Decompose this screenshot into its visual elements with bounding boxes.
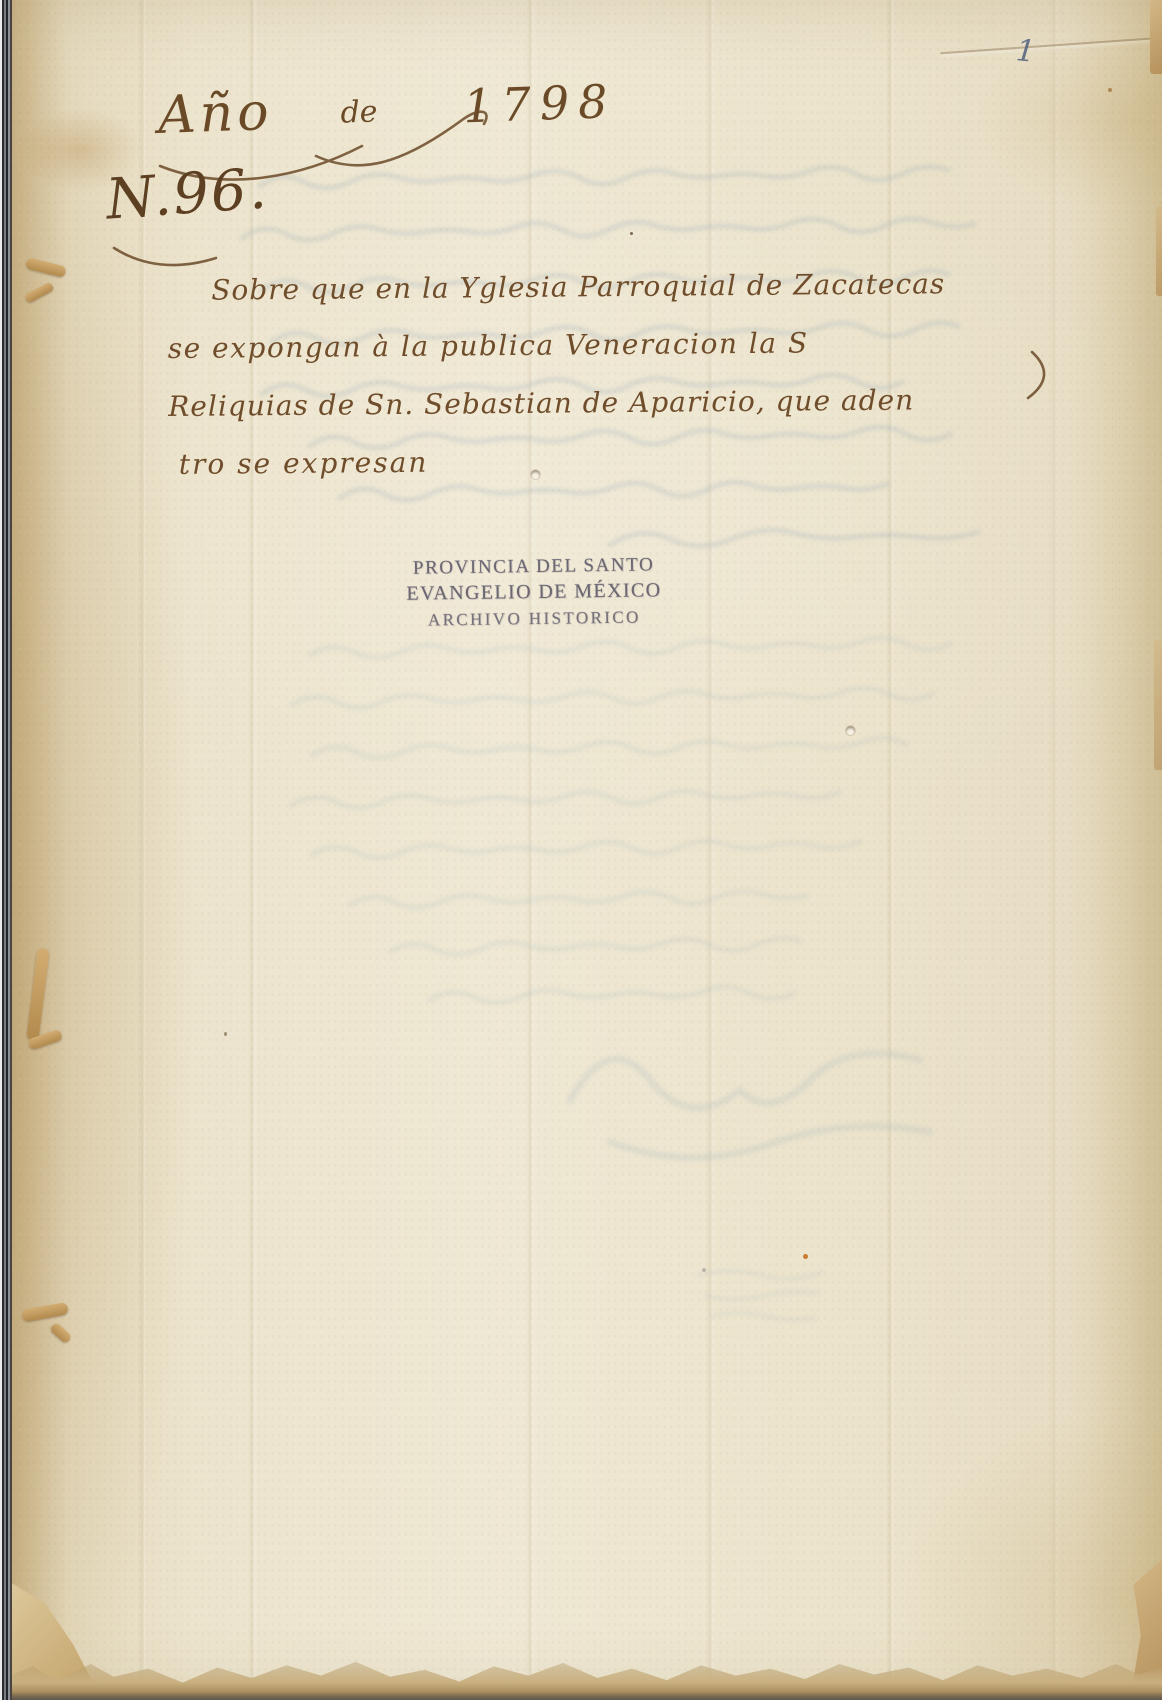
binding-thread (26, 948, 49, 1041)
binding-thread (24, 281, 55, 303)
title-line-4: tro se expresan (179, 428, 1089, 494)
paper-speck (803, 1254, 808, 1259)
title-line-1: Sobre que en la Yglesia Parroquial de Za… (211, 254, 1087, 320)
year-heading: Año de 1798 (157, 70, 617, 146)
binding-thread (21, 1302, 68, 1322)
vertical-crease (248, 0, 258, 1700)
vertical-crease (138, 0, 148, 1700)
stamp-line-3: ARCHIVO HISTORICO (404, 607, 664, 631)
paper-speck (1108, 88, 1112, 92)
year-word-ano: Año (157, 82, 273, 146)
stamp-line-1: PROVINCIA DEL SANTO (404, 554, 664, 580)
bottom-shadow (10, 1692, 1162, 1700)
edge-chip (1154, 640, 1162, 770)
year-value: 1798 (462, 74, 617, 133)
document-number: N.96. (104, 156, 270, 232)
vertical-crease (526, 0, 536, 1700)
paper-speck (224, 1032, 227, 1036)
paper-speck (630, 232, 633, 235)
pin-hole (846, 726, 855, 735)
year-word-de: de (340, 94, 378, 130)
binding-thread (25, 257, 66, 277)
stamp-line-2: EVANGELIO DE MÉXICO (404, 579, 664, 606)
binding-thread (49, 1322, 72, 1344)
edge-chip (1156, 206, 1162, 296)
archive-stamp: PROVINCIA DEL SANTO EVANGELIO DE MÉXICO … (404, 554, 665, 631)
edge-chip (1150, 0, 1162, 74)
folio-number: 1 (1015, 33, 1037, 70)
manuscript-page: 1 Año de 1798 N.96. Sobre que en la Ygle… (10, 0, 1162, 1700)
scanner-edge (0, 0, 12, 1700)
title-line-2: se expongan à la publica Veneracion la S (168, 312, 1088, 378)
vertical-crease (706, 0, 716, 1700)
title-line-3: Reliquias de Sn. Sebastian de Aparicio, … (168, 370, 1088, 436)
paper-speck (702, 1268, 706, 1272)
title-block: Sobre que en la Yglesia Parroquial de Za… (167, 254, 1089, 494)
